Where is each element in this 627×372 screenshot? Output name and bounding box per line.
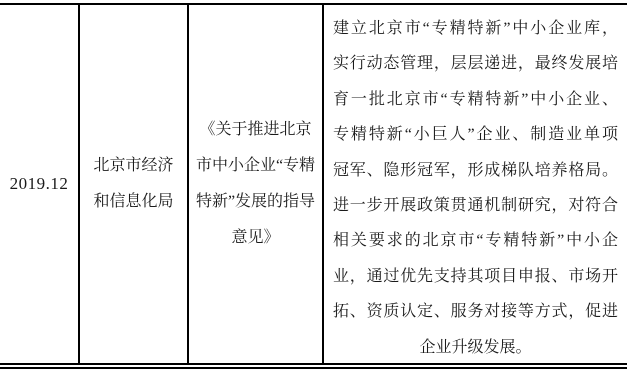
description-line: 进一步开展政策贯通机制研究，对符合: [333, 188, 618, 223]
table-cell-policy-title: 《关于推进北京 市中小企业“专精 特新”发展的指导 意见》: [189, 5, 324, 363]
policy-title-line: 特新”发展的指导: [189, 184, 322, 220]
policy-title-line: 《关于推进北京: [189, 112, 322, 148]
description-line: 建立北京市“专精特新”中小企业库，: [333, 11, 618, 46]
description-line: 拓、资质认定、服务对接等方式，促进: [333, 294, 618, 329]
policy-title-line: 市中小企业“专精: [189, 148, 322, 184]
description-line: 相关要求的北京市“专精特新”中小企: [333, 223, 618, 258]
description-line: 育一批北京市“专精特新”中小企业、: [333, 82, 618, 117]
policy-title-line: 意见》: [189, 220, 322, 256]
agency-line: 北京市经济: [80, 148, 187, 184]
description-line: 企业升级发展。: [333, 330, 618, 365]
agency-line: 和信息化局: [80, 184, 187, 220]
table-cell-date: 2019.12: [0, 5, 80, 363]
table-cell-agency: 北京市经济 和信息化局: [80, 5, 189, 363]
description-line: 冠军、隐形冠军，形成梯队培养格局。: [333, 153, 618, 188]
document-page: 2019.12 北京市经济 和信息化局 《关于推进北京 市中小企业“专精 特新”…: [0, 0, 627, 372]
policy-table-row: 2019.12 北京市经济 和信息化局 《关于推进北京 市中小企业“专精 特新”…: [0, 3, 627, 369]
date-value: 2019.12: [10, 166, 69, 202]
description-line: 实行动态管理，层层递进，最终发展培: [333, 46, 618, 81]
description-line: 业，通过优先支持其项目申报、市场开: [333, 259, 618, 294]
description-line: 专精特新“小巨人”企业、制造业单项: [333, 117, 618, 152]
table-cell-description: 建立北京市“专精特新”中小企业库， 实行动态管理，层层递进，最终发展培 育一批北…: [324, 5, 627, 363]
